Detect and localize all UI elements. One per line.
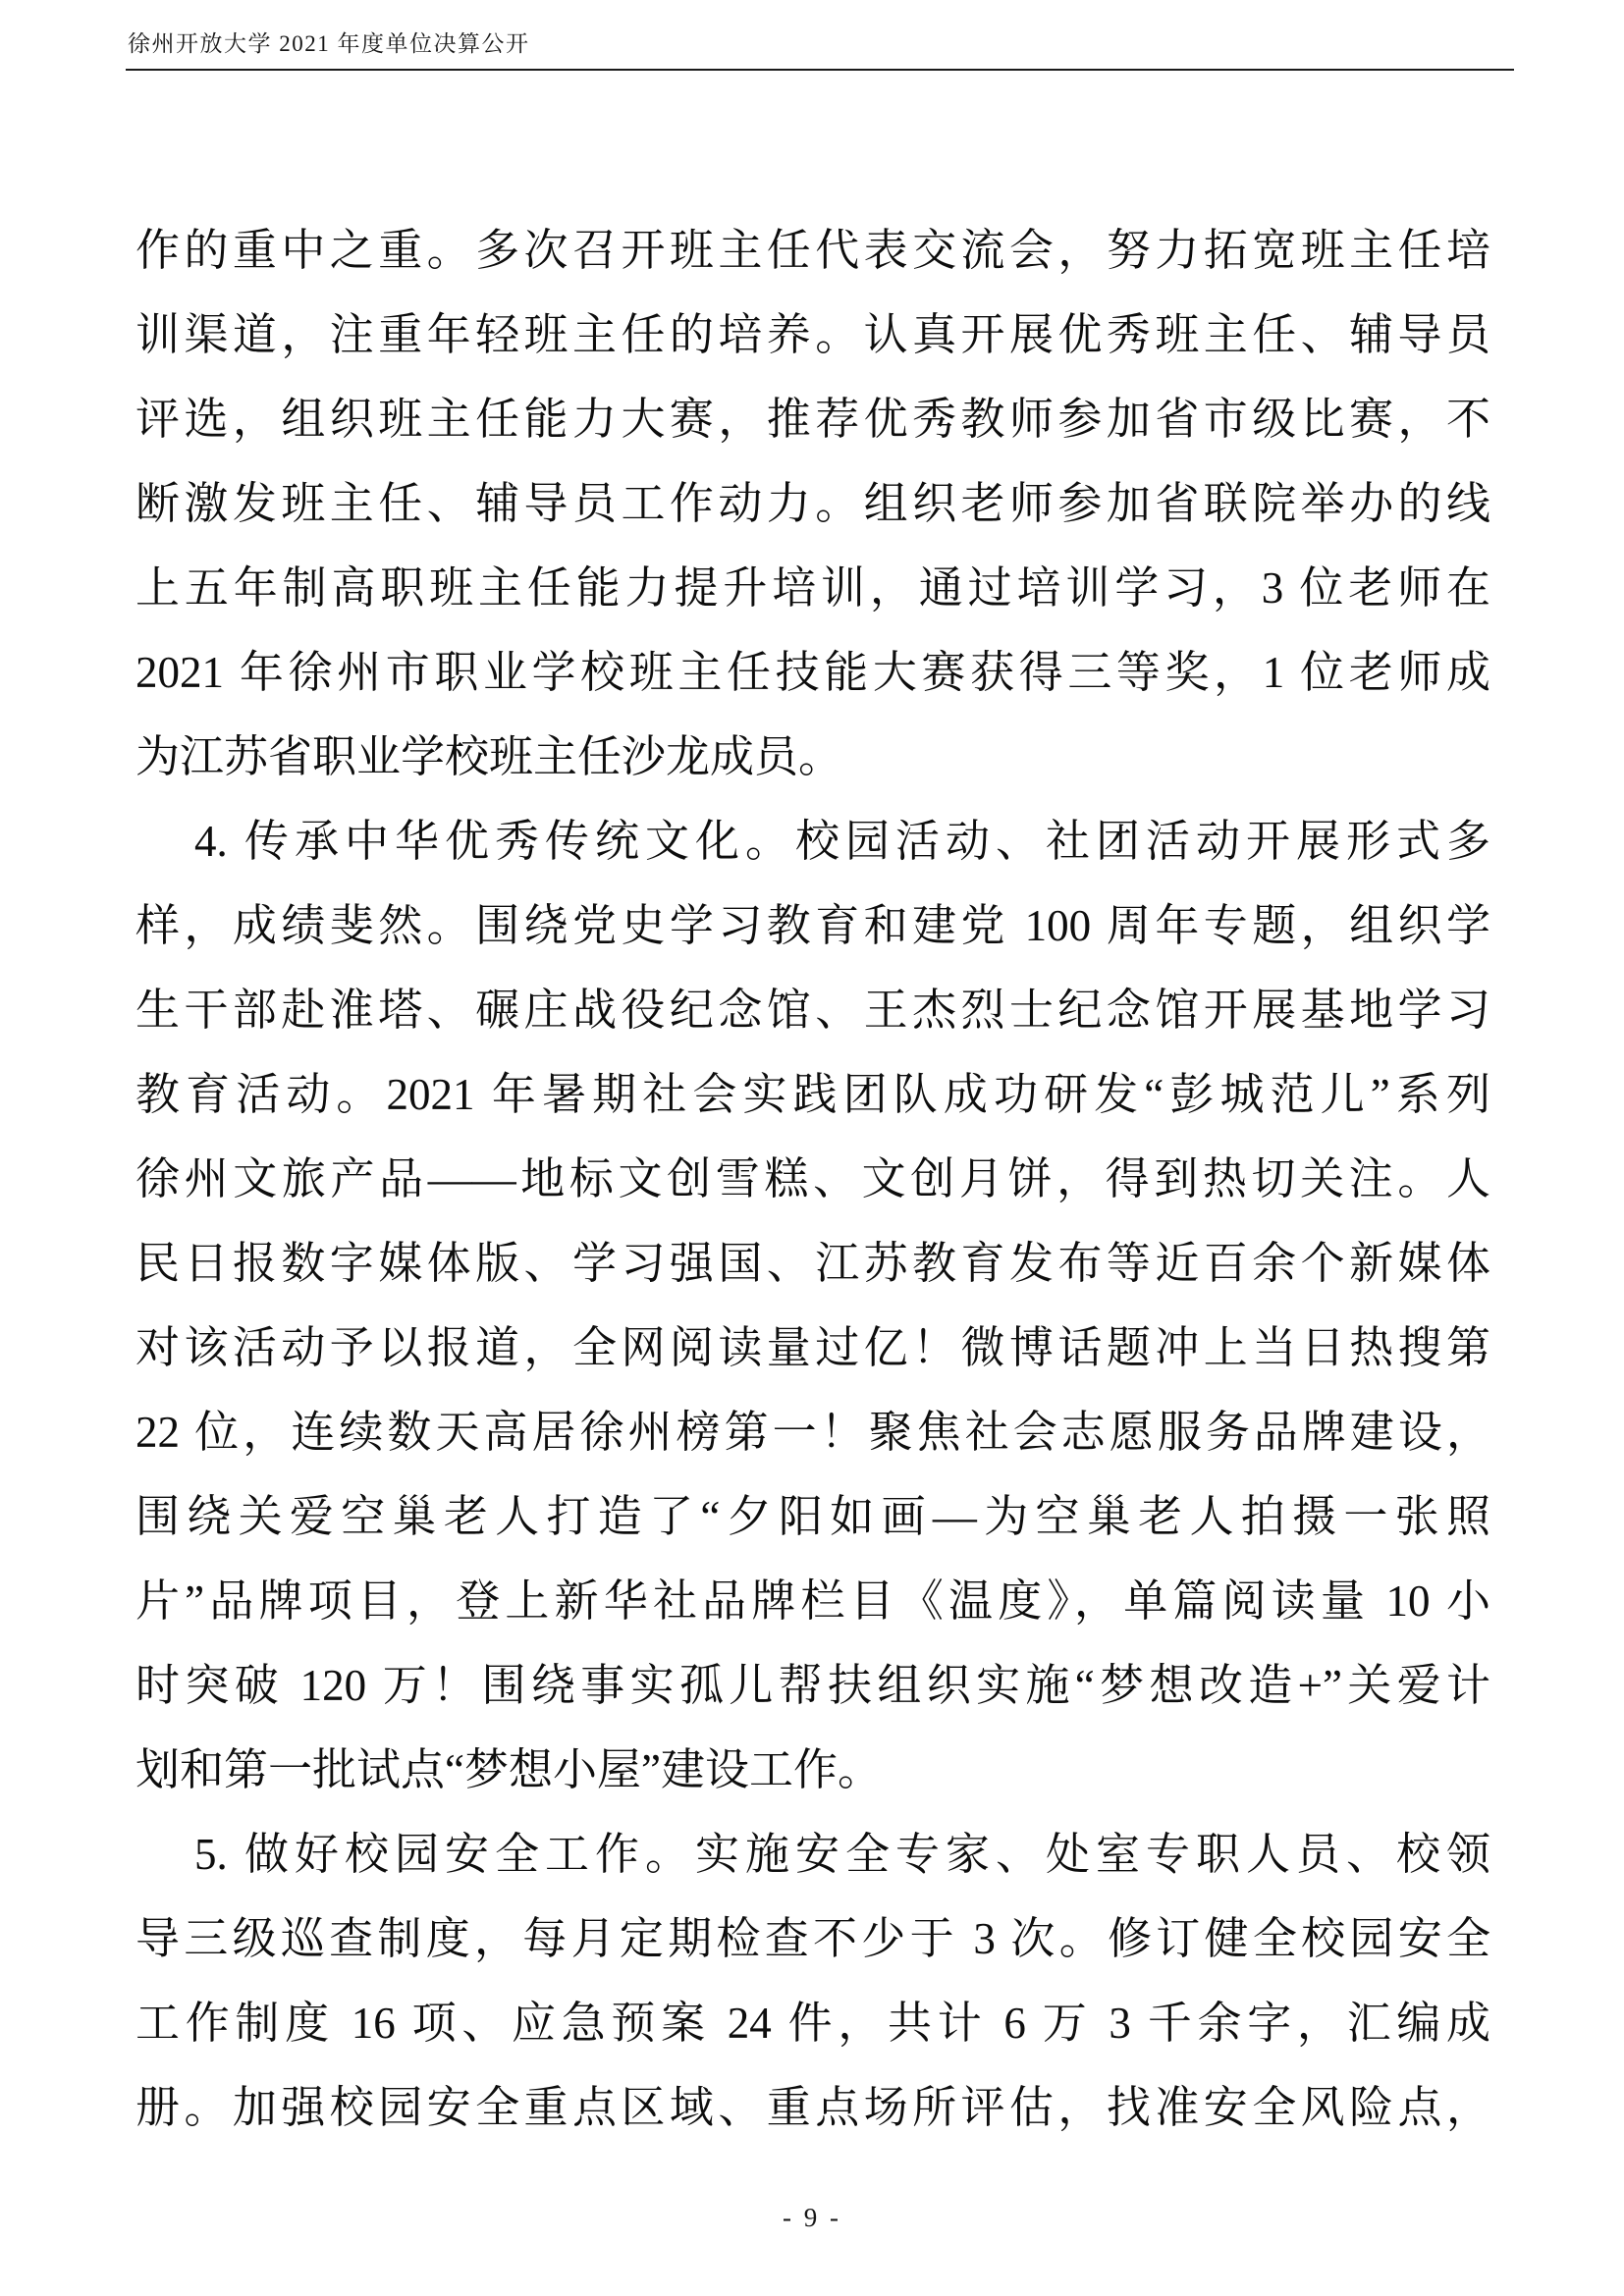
text-line: 作的重中之重。多次召开班主任代表交流会，努力拓宽班主任培 — [135, 208, 1490, 293]
text-line: 册。加强校园安全重点区域、重点场所评估，找准安全风险点， — [135, 2065, 1490, 2150]
text-line: 2021 年徐州市职业学校班主任技能大赛获得三等奖，1 位老师成 — [135, 630, 1490, 715]
text-line: 时突破 120 万！围绕事实孤儿帮扶组织实施“梦想改造+”关爱计 — [135, 1643, 1490, 1728]
text-line: 划和第一批试点“梦想小屋”建设工作。 — [135, 1728, 1490, 1812]
text-line: 5. 做好校园安全工作。实施安全专家、处室专职人员、校领 — [135, 1812, 1490, 1896]
paragraph: 作的重中之重。多次召开班主任代表交流会，努力拓宽班主任培训渠道，注重年轻班主任的… — [135, 208, 1490, 799]
text-line: 上五年制高职班主任能力提升培训，通过培训学习，3 位老师在 — [135, 546, 1490, 630]
text-line: 为江苏省职业学校班主任沙龙成员。 — [135, 715, 1490, 799]
text-line: 训渠道，注重年轻班主任的培养。认真开展优秀班主任、辅导员 — [135, 293, 1490, 377]
text-line: 样，成绩斐然。围绕党史学习教育和建党 100 周年专题，组织学 — [135, 883, 1490, 968]
text-line: 4. 传承中华优秀传统文化。校园活动、社团活动开展形式多 — [135, 799, 1490, 883]
page-footer: - 9 - — [0, 2203, 1624, 2233]
text-line: 对该活动予以报道，全网阅读量过亿！微博话题冲上当日热搜第 — [135, 1306, 1490, 1390]
text-line: 导三级巡查制度，每月定期检查不少于 3 次。修订健全校园安全 — [135, 1896, 1490, 1981]
text-line: 民日报数字媒体版、学习强国、江苏教育发布等近百余个新媒体 — [135, 1221, 1490, 1306]
page-number: - 9 - — [783, 2203, 841, 2232]
text-line: 片”品牌项目，登上新华社品牌栏目《温度》，单篇阅读量 10 小 — [135, 1559, 1490, 1643]
document-body: 作的重中之重。多次召开班主任代表交流会，努力拓宽班主任培训渠道，注重年轻班主任的… — [135, 208, 1490, 2150]
header-rule — [126, 69, 1514, 71]
text-line: 徐州文旅产品——地标文创雪糕、文创月饼，得到热切关注。人 — [135, 1137, 1490, 1221]
text-line: 断激发班主任、辅导员工作动力。组织老师参加省联院举办的线 — [135, 461, 1490, 546]
text-line: 生干部赴淮塔、碾庄战役纪念馆、王杰烈士纪念馆开展基地学习 — [135, 968, 1490, 1052]
text-line: 教育活动。2021 年暑期社会实践团队成功研发“彭城范儿”系列 — [135, 1052, 1490, 1137]
text-line: 工作制度 16 项、应急预案 24 件，共计 6 万 3 千余字，汇编成 — [135, 1981, 1490, 2065]
text-line: 22 位，连续数天高居徐州榜第一！聚焦社会志愿服务品牌建设， — [135, 1390, 1490, 1474]
page-header: 徐州开放大学 2021 年度单位决算公开 — [128, 26, 1510, 58]
text-line: 评选，组织班主任能力大赛，推荐优秀教师参加省市级比赛，不 — [135, 377, 1490, 461]
text-line: 围绕关爱空巢老人打造了“夕阳如画—为空巢老人拍摄一张照 — [135, 1474, 1490, 1559]
paragraph: 5. 做好校园安全工作。实施安全专家、处室专职人员、校领导三级巡查制度，每月定期… — [135, 1812, 1490, 2150]
header-title: 徐州开放大学 2021 年度单位决算公开 — [128, 26, 1510, 58]
document-page: 徐州开放大学 2021 年度单位决算公开 作的重中之重。多次召开班主任代表交流会… — [0, 0, 1624, 2296]
paragraph: 4. 传承中华优秀传统文化。校园活动、社团活动开展形式多样，成绩斐然。围绕党史学… — [135, 799, 1490, 1812]
